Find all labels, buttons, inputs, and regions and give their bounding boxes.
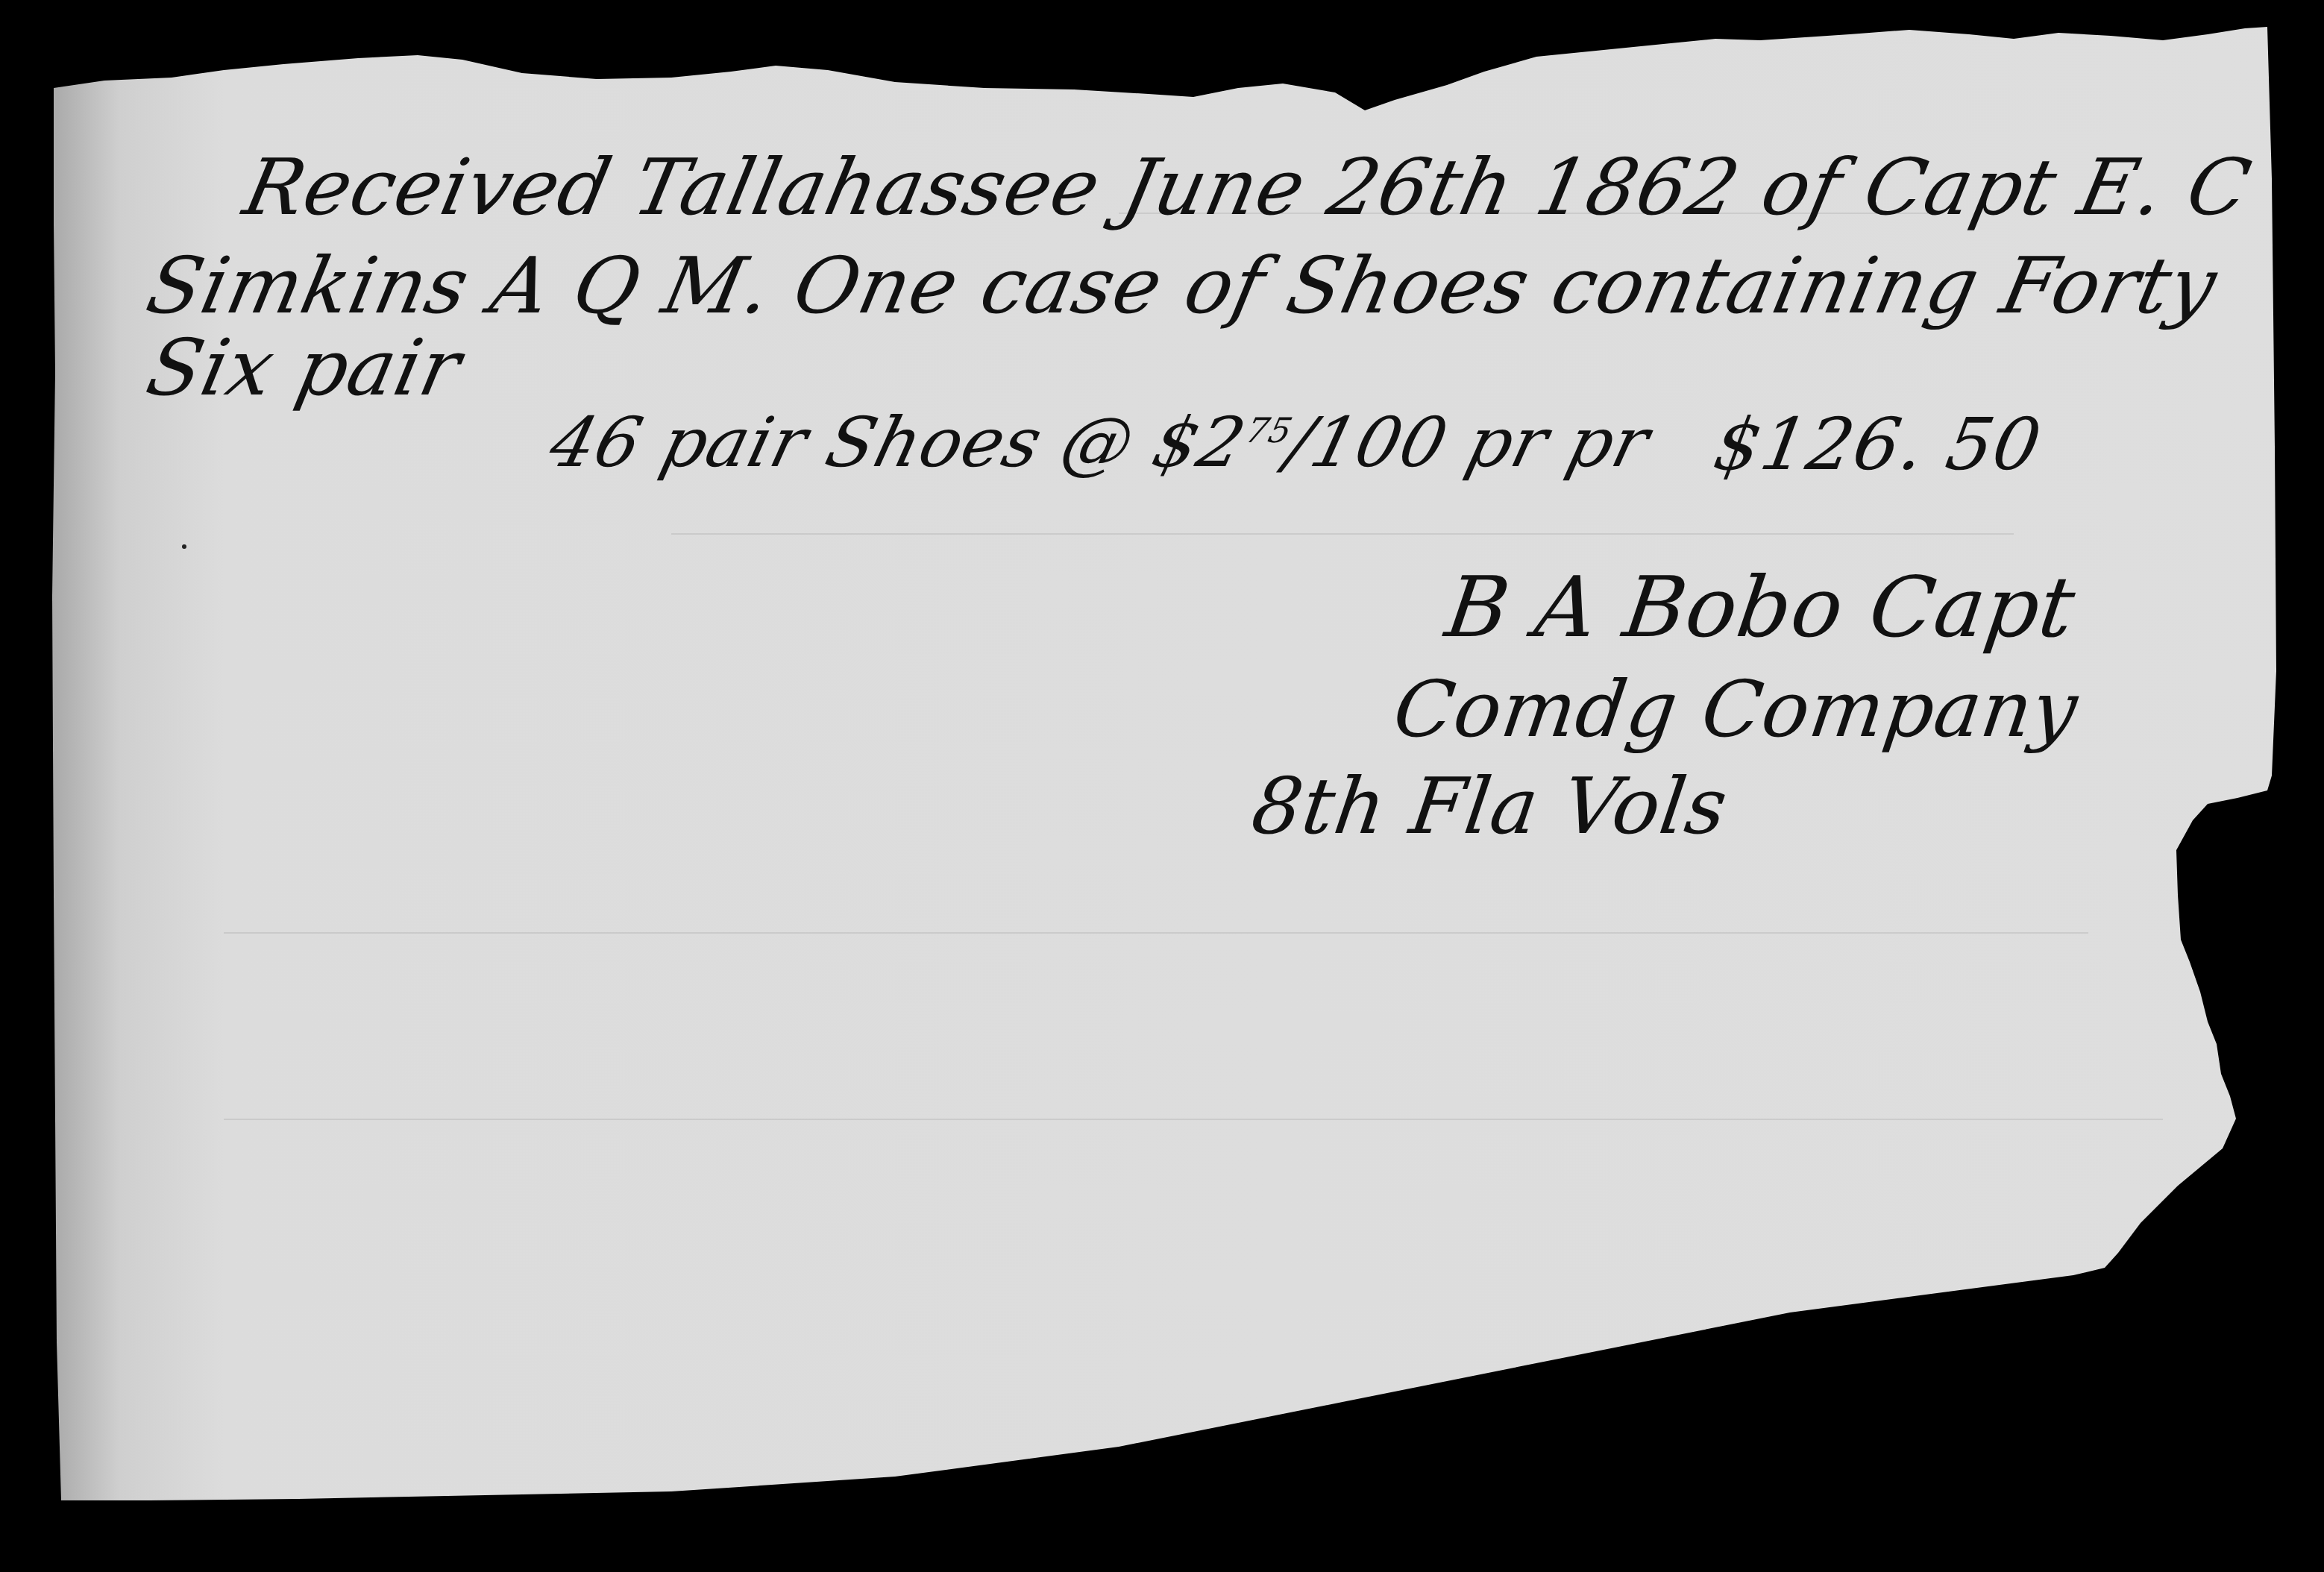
signature-unit: 8th Fla Vols [1246, 761, 1733, 852]
item-amount: $126. 50 [1708, 403, 2047, 486]
signature-name: B A Bobo Capt [1440, 559, 2081, 656]
item-description: pair Shoes [653, 403, 1050, 482]
item-quantity: 46 [542, 403, 651, 482]
signature-rank: Comdg Company [1388, 664, 2083, 755]
handwriting: Received Tallahassee June 26th 1862 of C… [0, 0, 2324, 1572]
itemization-line: 46 pair Shoes @ $275/100 pr pr [542, 403, 1658, 482]
scanned-document: Received Tallahassee June 26th 1862 of C… [0, 0, 2324, 1572]
item-rate-prefix: @ $2 [1053, 403, 1254, 482]
receipt-line-2: Simkins A Q M. One case of Shoes contain… [139, 240, 2225, 331]
item-rate-suffix: /100 pr pr [1279, 403, 1658, 482]
receipt-line-3: Six pair [139, 322, 469, 413]
receipt-line-1: Received Tallahassee June 26th 1862 of C… [236, 142, 2258, 233]
